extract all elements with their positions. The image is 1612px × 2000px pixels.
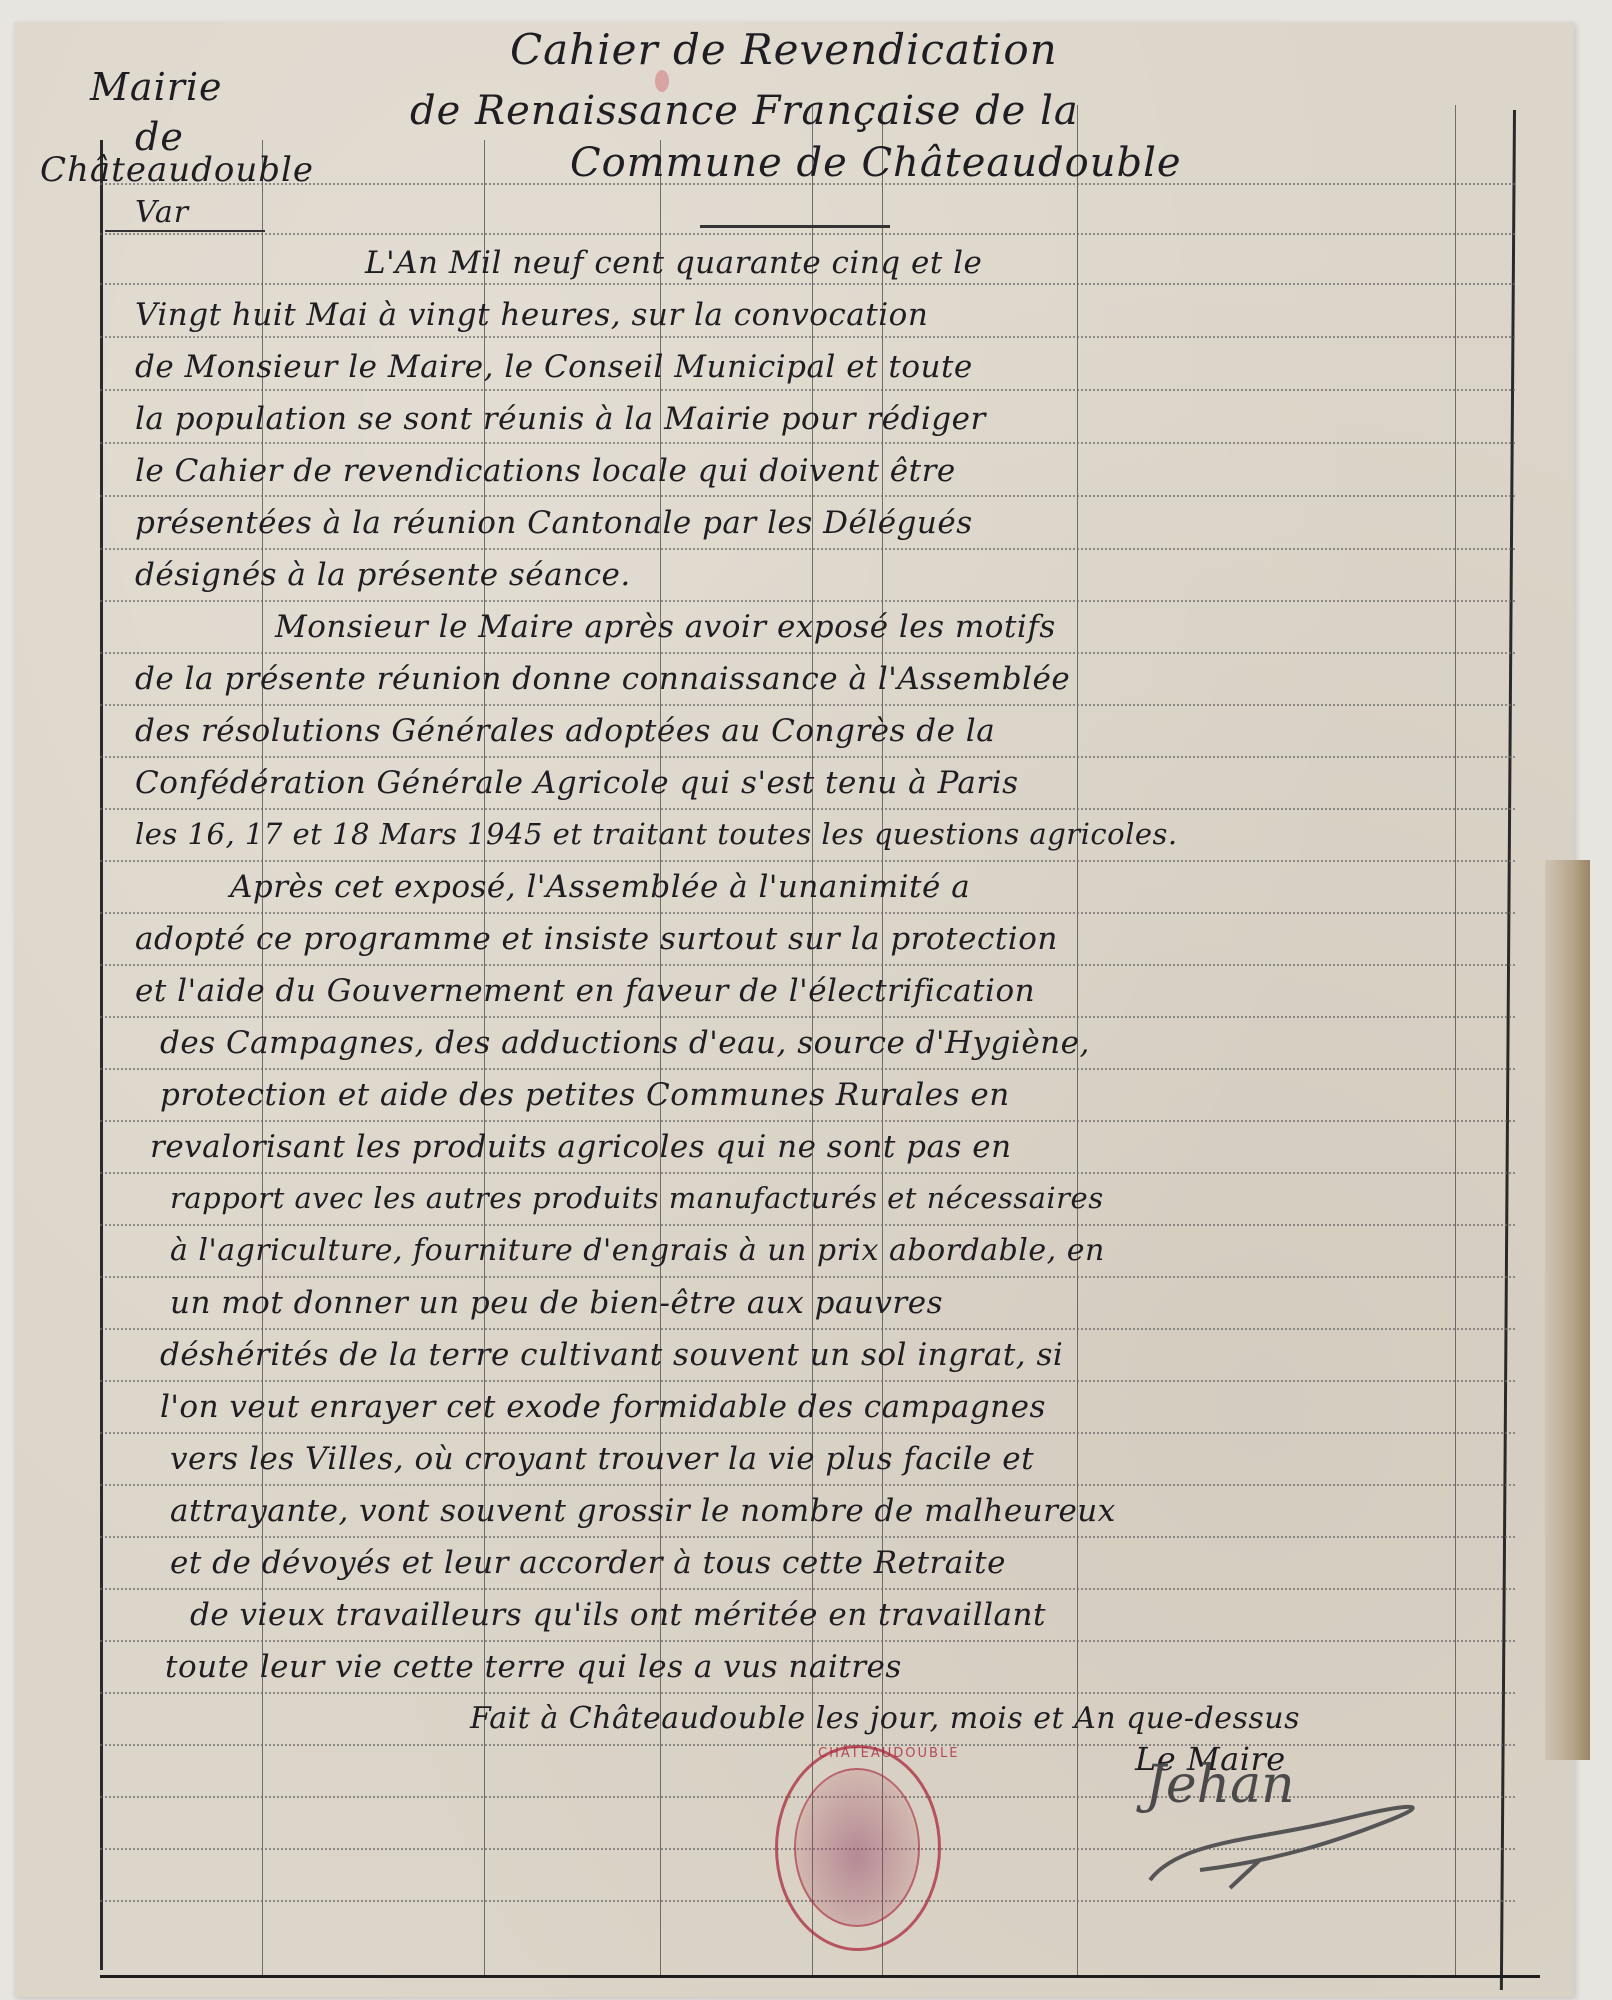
ruled-line	[100, 1588, 1515, 1590]
ruled-line	[100, 233, 1515, 235]
column-rule	[1455, 105, 1456, 1975]
stamp-text: CHÂTEAUDOUBLE	[818, 1746, 959, 1761]
ruled-line	[100, 1744, 1515, 1746]
ruled-line	[100, 1328, 1515, 1330]
ruled-line	[100, 1224, 1515, 1226]
body-line: toute leur vie cette terre qui les a vus…	[165, 1649, 902, 1685]
ruled-line	[100, 652, 1515, 654]
ruled-line	[100, 912, 1515, 914]
body-line: le Cahier de revendications locale qui d…	[135, 453, 956, 489]
ruled-line	[100, 964, 1515, 966]
ruled-line	[100, 283, 1515, 285]
title-line-1: Cahier de Revendication	[510, 25, 1058, 74]
ruled-line	[100, 495, 1515, 497]
body-line: présentées à la réunion Cantonale par le…	[135, 505, 973, 541]
bottom-rule	[100, 1975, 1540, 1978]
body-line: la population se sont réunis à la Mairie…	[135, 401, 986, 437]
ruled-line	[100, 1068, 1515, 1070]
ruled-line	[100, 1276, 1515, 1278]
body-line: des résolutions Générales adoptées au Co…	[135, 713, 995, 749]
body-line: un mot donner un peu de bien-être aux pa…	[170, 1285, 943, 1321]
body-line: à l'agriculture, fourniture d'engrais à …	[170, 1233, 1105, 1268]
ruled-line	[100, 1640, 1515, 1642]
title-line-2: de Renaissance Française de la	[410, 88, 1079, 134]
body-line: déshérités de la terre cultivant souvent…	[160, 1337, 1063, 1373]
ruled-line	[100, 600, 1515, 602]
ruled-line	[100, 548, 1515, 550]
body-line: des Campagnes, des adductions d'eau, sou…	[160, 1025, 1090, 1061]
ruled-line	[100, 1692, 1515, 1694]
signature-flourish	[1140, 1800, 1470, 1890]
ruled-line	[100, 808, 1515, 810]
ruled-line	[100, 704, 1515, 706]
municipal-seal-stamp: CHÂTEAUDOUBLE	[775, 1745, 941, 1951]
mairie-label: Mairie	[90, 65, 223, 109]
commune-name-label: Châteaudouble	[40, 150, 314, 190]
title-line-3: Commune de Châteaudouble	[570, 140, 1182, 186]
body-line: adopté ce programme et insiste surtout s…	[135, 921, 1058, 957]
ruled-line	[100, 1016, 1515, 1018]
department-label: Var	[135, 195, 189, 230]
body-line: de Monsieur le Maire, le Conseil Municip…	[135, 349, 973, 385]
ruled-line	[100, 336, 1515, 338]
ruled-line	[100, 756, 1515, 758]
department-underline	[105, 230, 265, 232]
closing-formula: Fait à Châteaudouble les jour, mois et A…	[470, 1701, 1300, 1736]
body-line: vers les Villes, où croyant trouver la v…	[170, 1441, 1034, 1477]
marianne-emblem	[794, 1768, 920, 1927]
ruled-line	[100, 1120, 1515, 1122]
body-line: Monsieur le Maire après avoir exposé les…	[275, 609, 1056, 645]
ruled-line	[100, 1172, 1515, 1174]
title-divider	[700, 225, 890, 228]
body-line: Confédération Générale Agricole qui s'es…	[135, 765, 1019, 801]
body-line: les 16, 17 et 18 Mars 1945 et traitant t…	[135, 817, 1178, 851]
left-margin-rule	[100, 140, 103, 1970]
body-line: protection et aide des petites Communes …	[160, 1077, 1010, 1113]
ruled-line	[100, 1380, 1515, 1382]
ruled-line	[100, 860, 1515, 862]
ruled-line	[100, 442, 1515, 444]
body-line: L'An Mil neuf cent quarante cinq et le	[365, 245, 982, 281]
body-line: Après cet exposé, l'Assemblée à l'unanim…	[230, 869, 970, 905]
body-line: attrayante, vont souvent grossir le nomb…	[170, 1493, 1116, 1529]
body-line: et l'aide du Gouvernement en faveur de l…	[135, 973, 1035, 1009]
body-line: de vieux travailleurs qu'ils ont méritée…	[190, 1597, 1046, 1633]
body-line: et de dévoyés et leur accorder à tous ce…	[170, 1545, 1006, 1581]
body-line: l'on veut enrayer cet exode formidable d…	[160, 1389, 1046, 1425]
body-line: désignés à la présente séance.	[135, 557, 631, 593]
body-line: de la présente réunion donne connaissanc…	[135, 661, 1070, 697]
body-line: revalorisant les produits agricoles qui …	[150, 1129, 1012, 1165]
ruled-line	[100, 1432, 1515, 1434]
body-line: Vingt huit Mai à vingt heures, sur la co…	[135, 297, 928, 333]
body-line: rapport avec les autres produits manufac…	[170, 1181, 1104, 1215]
ruled-line	[100, 1484, 1515, 1486]
torn-paper-edge	[1545, 860, 1590, 1760]
ruled-line	[100, 389, 1515, 391]
ruled-line	[100, 1536, 1515, 1538]
